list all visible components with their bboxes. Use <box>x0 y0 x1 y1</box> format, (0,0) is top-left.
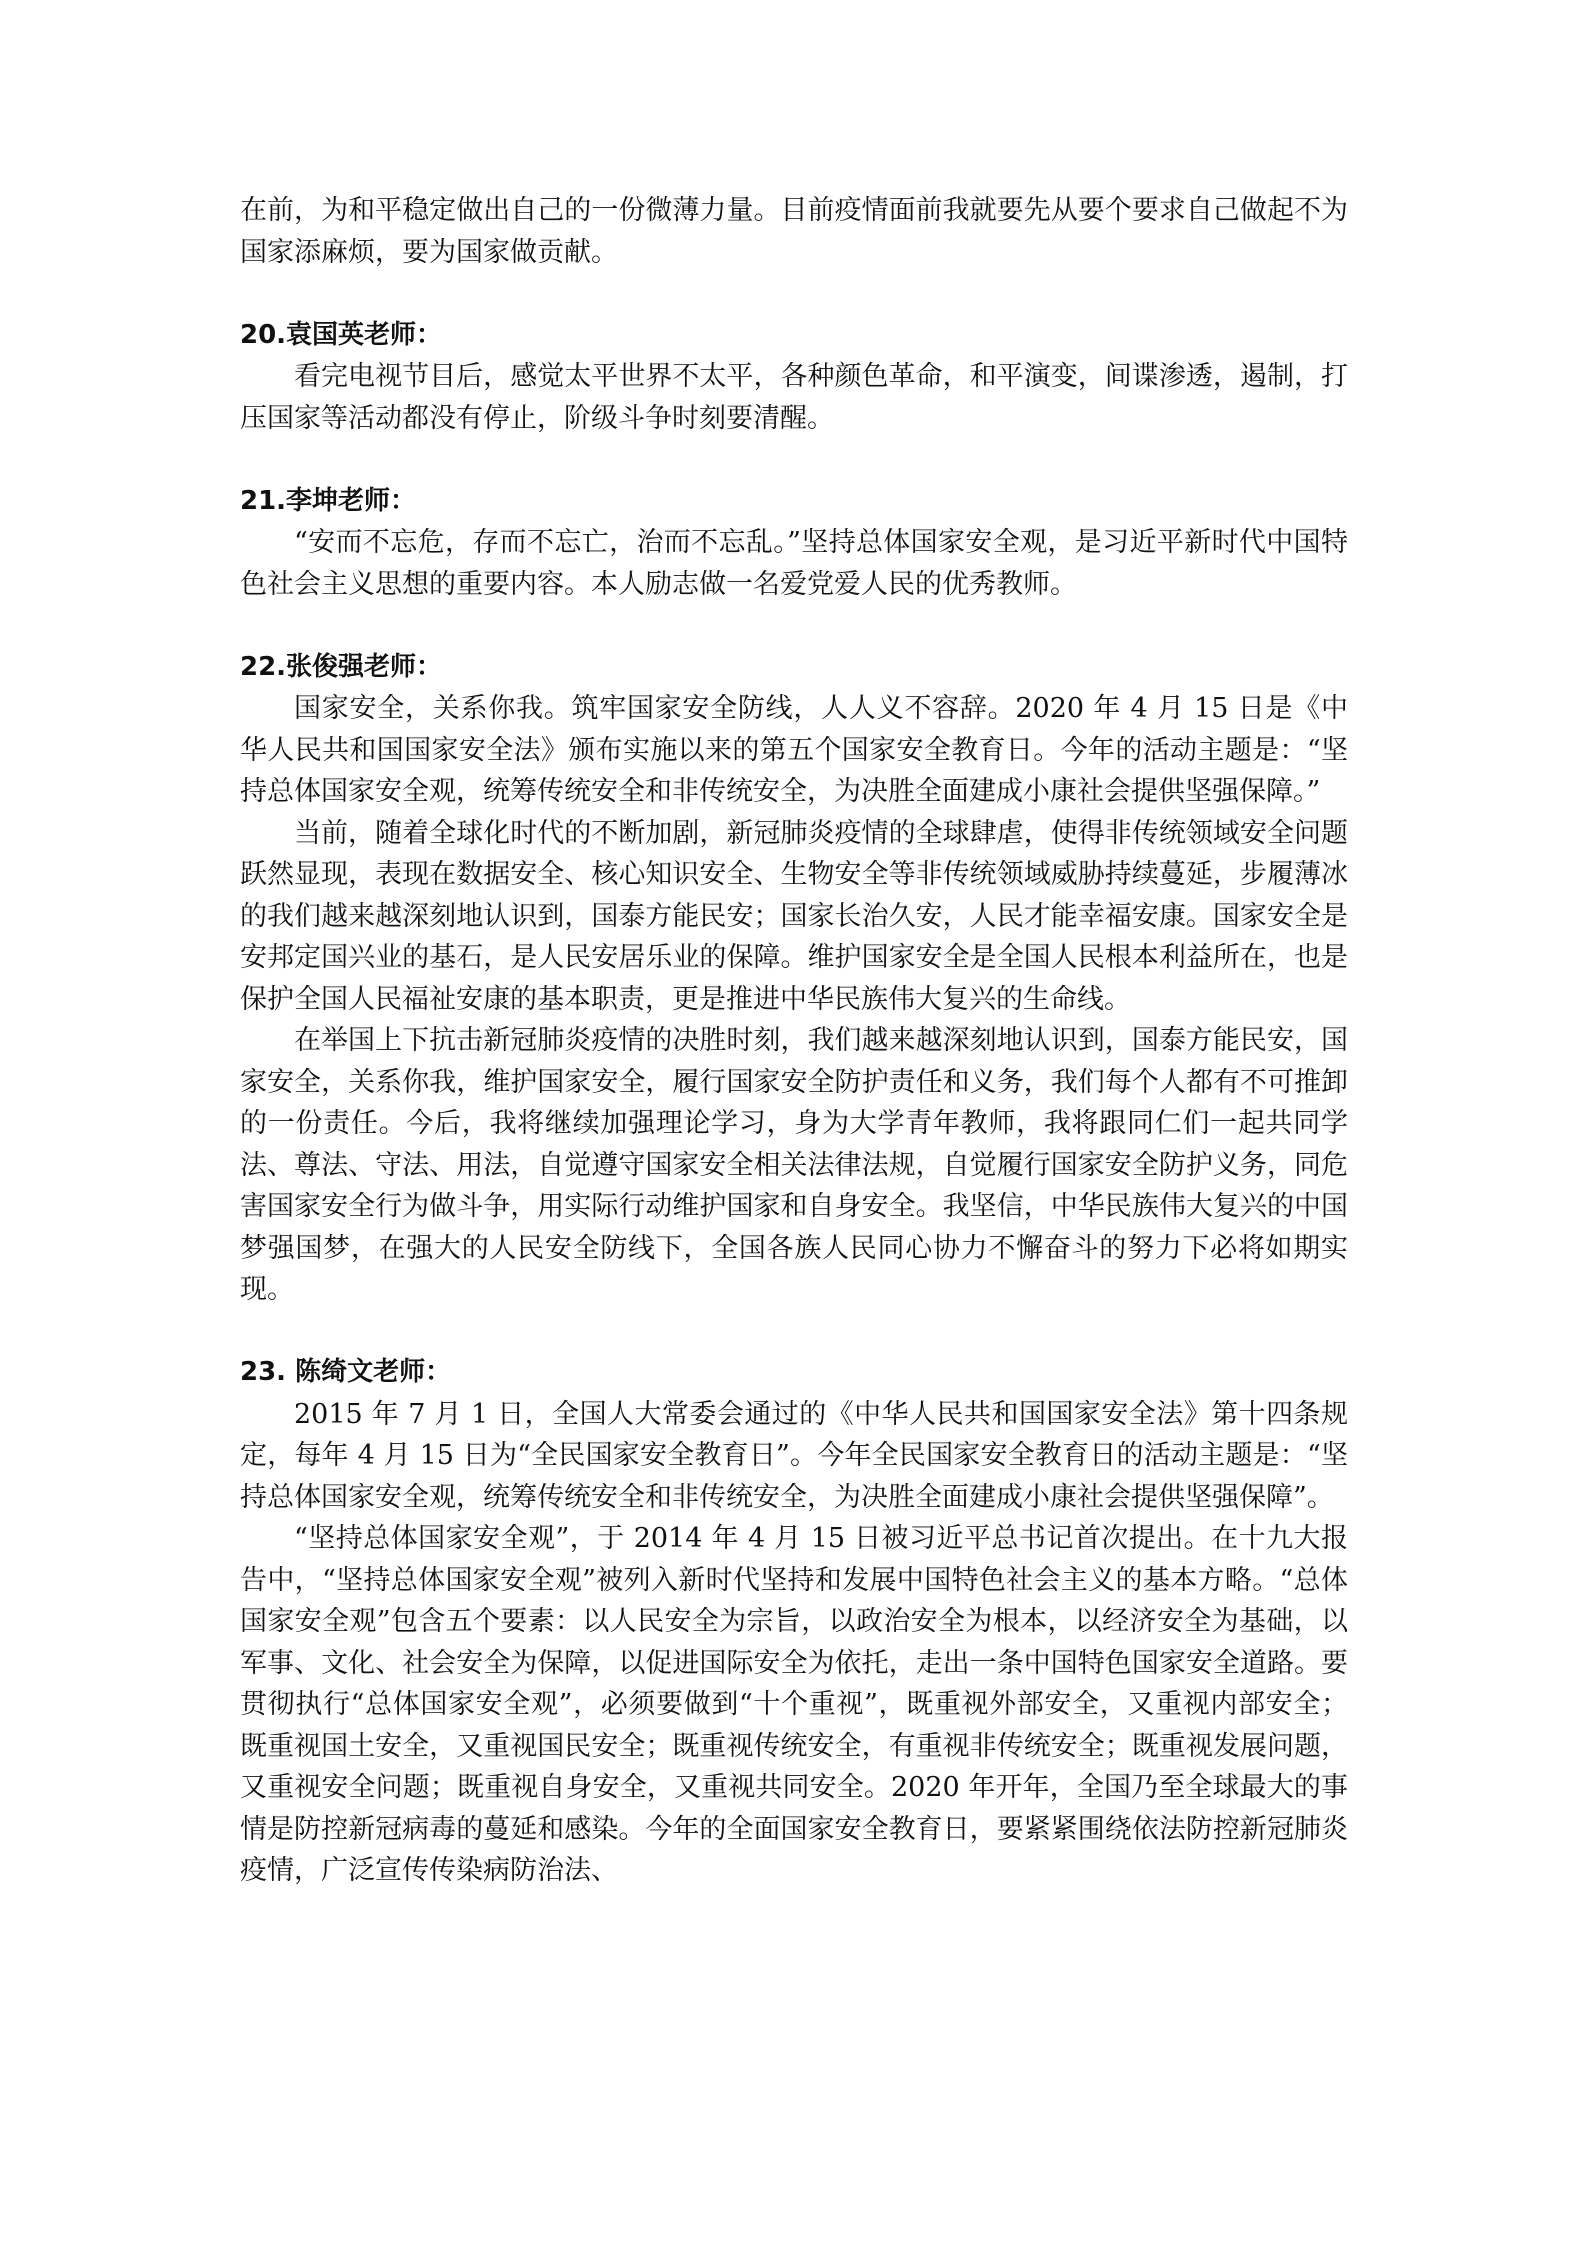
body-paragraph: 在举国上下抗击新冠肺炎疫情的决胜时刻，我们越来越深刻地认识到，国泰方能民安，国家… <box>240 1020 1348 1311</box>
section-heading: 23. 陈绮文老师： <box>240 1352 1348 1394</box>
body-paragraph: 当前，随着全球化时代的不断加剧，新冠肺炎疫情的全球肆虐，使得非传统领域安全问题跃… <box>240 813 1348 1021</box>
section-22-zhang-junqiang: 22.张俊强老师： 国家安全，关系你我。筑牢国家安全防线，人人义不容辞。2020… <box>240 647 1348 1311</box>
body-paragraph: 看完电视节目后，感觉太平世界不太平，各种颜色革命，和平演变，间谍渗透，遏制，打压… <box>240 356 1348 439</box>
continuation-paragraph: 在前，为和平稳定做出自己的一份微薄力量。目前疫情面前我就要先从要个要求自己做起不… <box>240 190 1348 273</box>
document-page: 在前，为和平稳定做出自己的一份微薄力量。目前疫情面前我就要先从要个要求自己做起不… <box>240 190 1348 1892</box>
body-paragraph: “安而不忘危，存而不忘亡，治而不忘乱。”坚持总体国家安全观，是习近平新时代中国特… <box>240 522 1348 605</box>
body-paragraph: 2015 年 7 月 1 日，全国人大常委会通过的《中华人民共和国国家安全法》第… <box>240 1394 1348 1519</box>
section-23-chen-qiwen: 23. 陈绮文老师： 2015 年 7 月 1 日，全国人大常委会通过的《中华人… <box>240 1352 1348 1892</box>
section-heading: 21.李坤老师： <box>240 481 1348 523</box>
body-paragraph: 国家安全，关系你我。筑牢国家安全防线，人人义不容辞。2020 年 4 月 15 … <box>240 688 1348 813</box>
section-heading: 22.张俊强老师： <box>240 647 1348 689</box>
section-heading: 20.袁国英老师： <box>240 315 1348 357</box>
section-21-li-kun: 21.李坤老师： “安而不忘危，存而不忘亡，治而不忘乱。”坚持总体国家安全观，是… <box>240 481 1348 606</box>
section-20-yuan-guoying: 20.袁国英老师： 看完电视节目后，感觉太平世界不太平，各种颜色革命，和平演变，… <box>240 315 1348 440</box>
body-paragraph: “坚持总体国家安全观”，于 2014 年 4 月 15 日被习近平总书记首次提出… <box>240 1518 1348 1892</box>
